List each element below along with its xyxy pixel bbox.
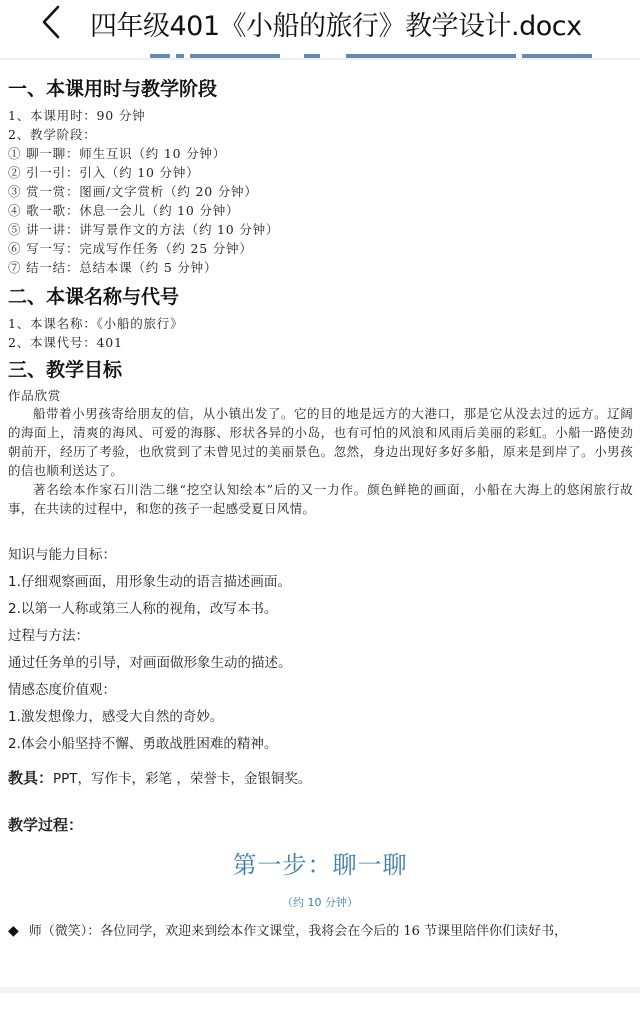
process-label: 教学过程： bbox=[8, 816, 83, 834]
section-heading: 二、本课名称与代号 bbox=[8, 282, 179, 309]
stage-item: ① 聊一聊：师生互识（约 10 分钟） bbox=[8, 144, 226, 162]
stage-item: ⑥ 写一写：完成写作任务（约 25 分钟） bbox=[8, 239, 253, 257]
paragraph: 船带着小男孩寄给朋友的信，从小镇出发了。它的目的地是远方的大港口，那是它从没去过… bbox=[8, 404, 633, 480]
header-divider bbox=[0, 58, 640, 60]
step-title: 第一步：聊一聊 bbox=[0, 845, 640, 880]
page-separator bbox=[0, 987, 640, 993]
stage-item: ② 引一引：引入（约 10 分钟） bbox=[8, 163, 199, 181]
section-line: 1、本课用时：90 分钟 bbox=[8, 106, 145, 124]
stage-item: ⑦ 结一结：总结本课（约 5 分钟） bbox=[8, 258, 217, 276]
goal-item: 2.以第一人称或第三人称的视角，改写本书。 bbox=[8, 597, 277, 617]
chevron-left-icon bbox=[41, 5, 61, 39]
section-line: 2、本课代号：401 bbox=[8, 333, 123, 351]
goal-item: 2.体会小船坚持不懈、勇敢战胜困难的精神。 bbox=[8, 732, 277, 752]
section-line: 1、本课名称：《小船的旅行》 bbox=[8, 314, 183, 332]
section-heading: 三、教学目标 bbox=[8, 355, 122, 382]
stage-item: ③ 赏一赏：图画/文字赏析（约 20 分钟） bbox=[8, 182, 258, 200]
process-line: 教学过程： bbox=[8, 814, 83, 835]
back-button[interactable] bbox=[36, 4, 66, 40]
dialogue-line: ◆师（微笑）：各位同学，欢迎来到绘本作文课堂，我将会在今后的 16 节课里陪伴你… bbox=[8, 920, 567, 939]
goal-item: 1.激发想像力，感受大自然的奇妙。 bbox=[8, 705, 223, 725]
tools-line: 教具：PPT，写作卡，彩笔 ，荣誉卡，金银铜奖。 bbox=[8, 767, 311, 788]
appreciation-text: 船带着小男孩寄给朋友的信，从小镇出发了。它的目的地是远方的大港口，那是它从没去过… bbox=[8, 404, 633, 518]
stage-item: ④ 歌一歌：休息一会儿（约 10 分钟） bbox=[8, 201, 239, 219]
stage-item: ⑤ 讲一讲：讲写景作文的方法（约 10 分钟） bbox=[8, 220, 279, 238]
dialogue-text: 师（微笑）：各位同学，欢迎来到绘本作文课堂，我将会在今后的 16 节课里陪伴你们… bbox=[29, 924, 567, 939]
document-header: 四年级401《小船的旅行》教学设计.docx bbox=[0, 0, 640, 46]
section-line: 2、教学阶段： bbox=[8, 125, 97, 143]
document-title: 四年级401《小船的旅行》教学设计.docx bbox=[90, 4, 582, 43]
goal-heading: 情感态度价值观： bbox=[8, 678, 116, 698]
paragraph: 著名绘本作家石川浩二继“挖空认知绘本”后的又一力作。颜色鲜艳的画面，小船在大海上… bbox=[8, 480, 633, 518]
tools-value: PPT，写作卡，彩笔 ，荣誉卡，金银铜奖。 bbox=[53, 771, 311, 787]
tools-label: 教具： bbox=[8, 769, 53, 787]
diamond-bullet-icon: ◆ bbox=[8, 923, 19, 939]
goal-heading: 过程与方法： bbox=[8, 624, 89, 644]
goal-item: 通过任务单的引导，对画面做形象生动的描述。 bbox=[8, 651, 292, 671]
goal-heading: 知识与能力目标： bbox=[8, 543, 116, 563]
section-heading: 一、本课用时与教学阶段 bbox=[8, 74, 217, 101]
step-duration: （约 10 分钟） bbox=[0, 894, 640, 910]
goal-item: 1.仔细观察画面，用形象生动的语言描述画面。 bbox=[8, 570, 291, 590]
appreciation-label: 作品欣赏 bbox=[8, 386, 61, 404]
